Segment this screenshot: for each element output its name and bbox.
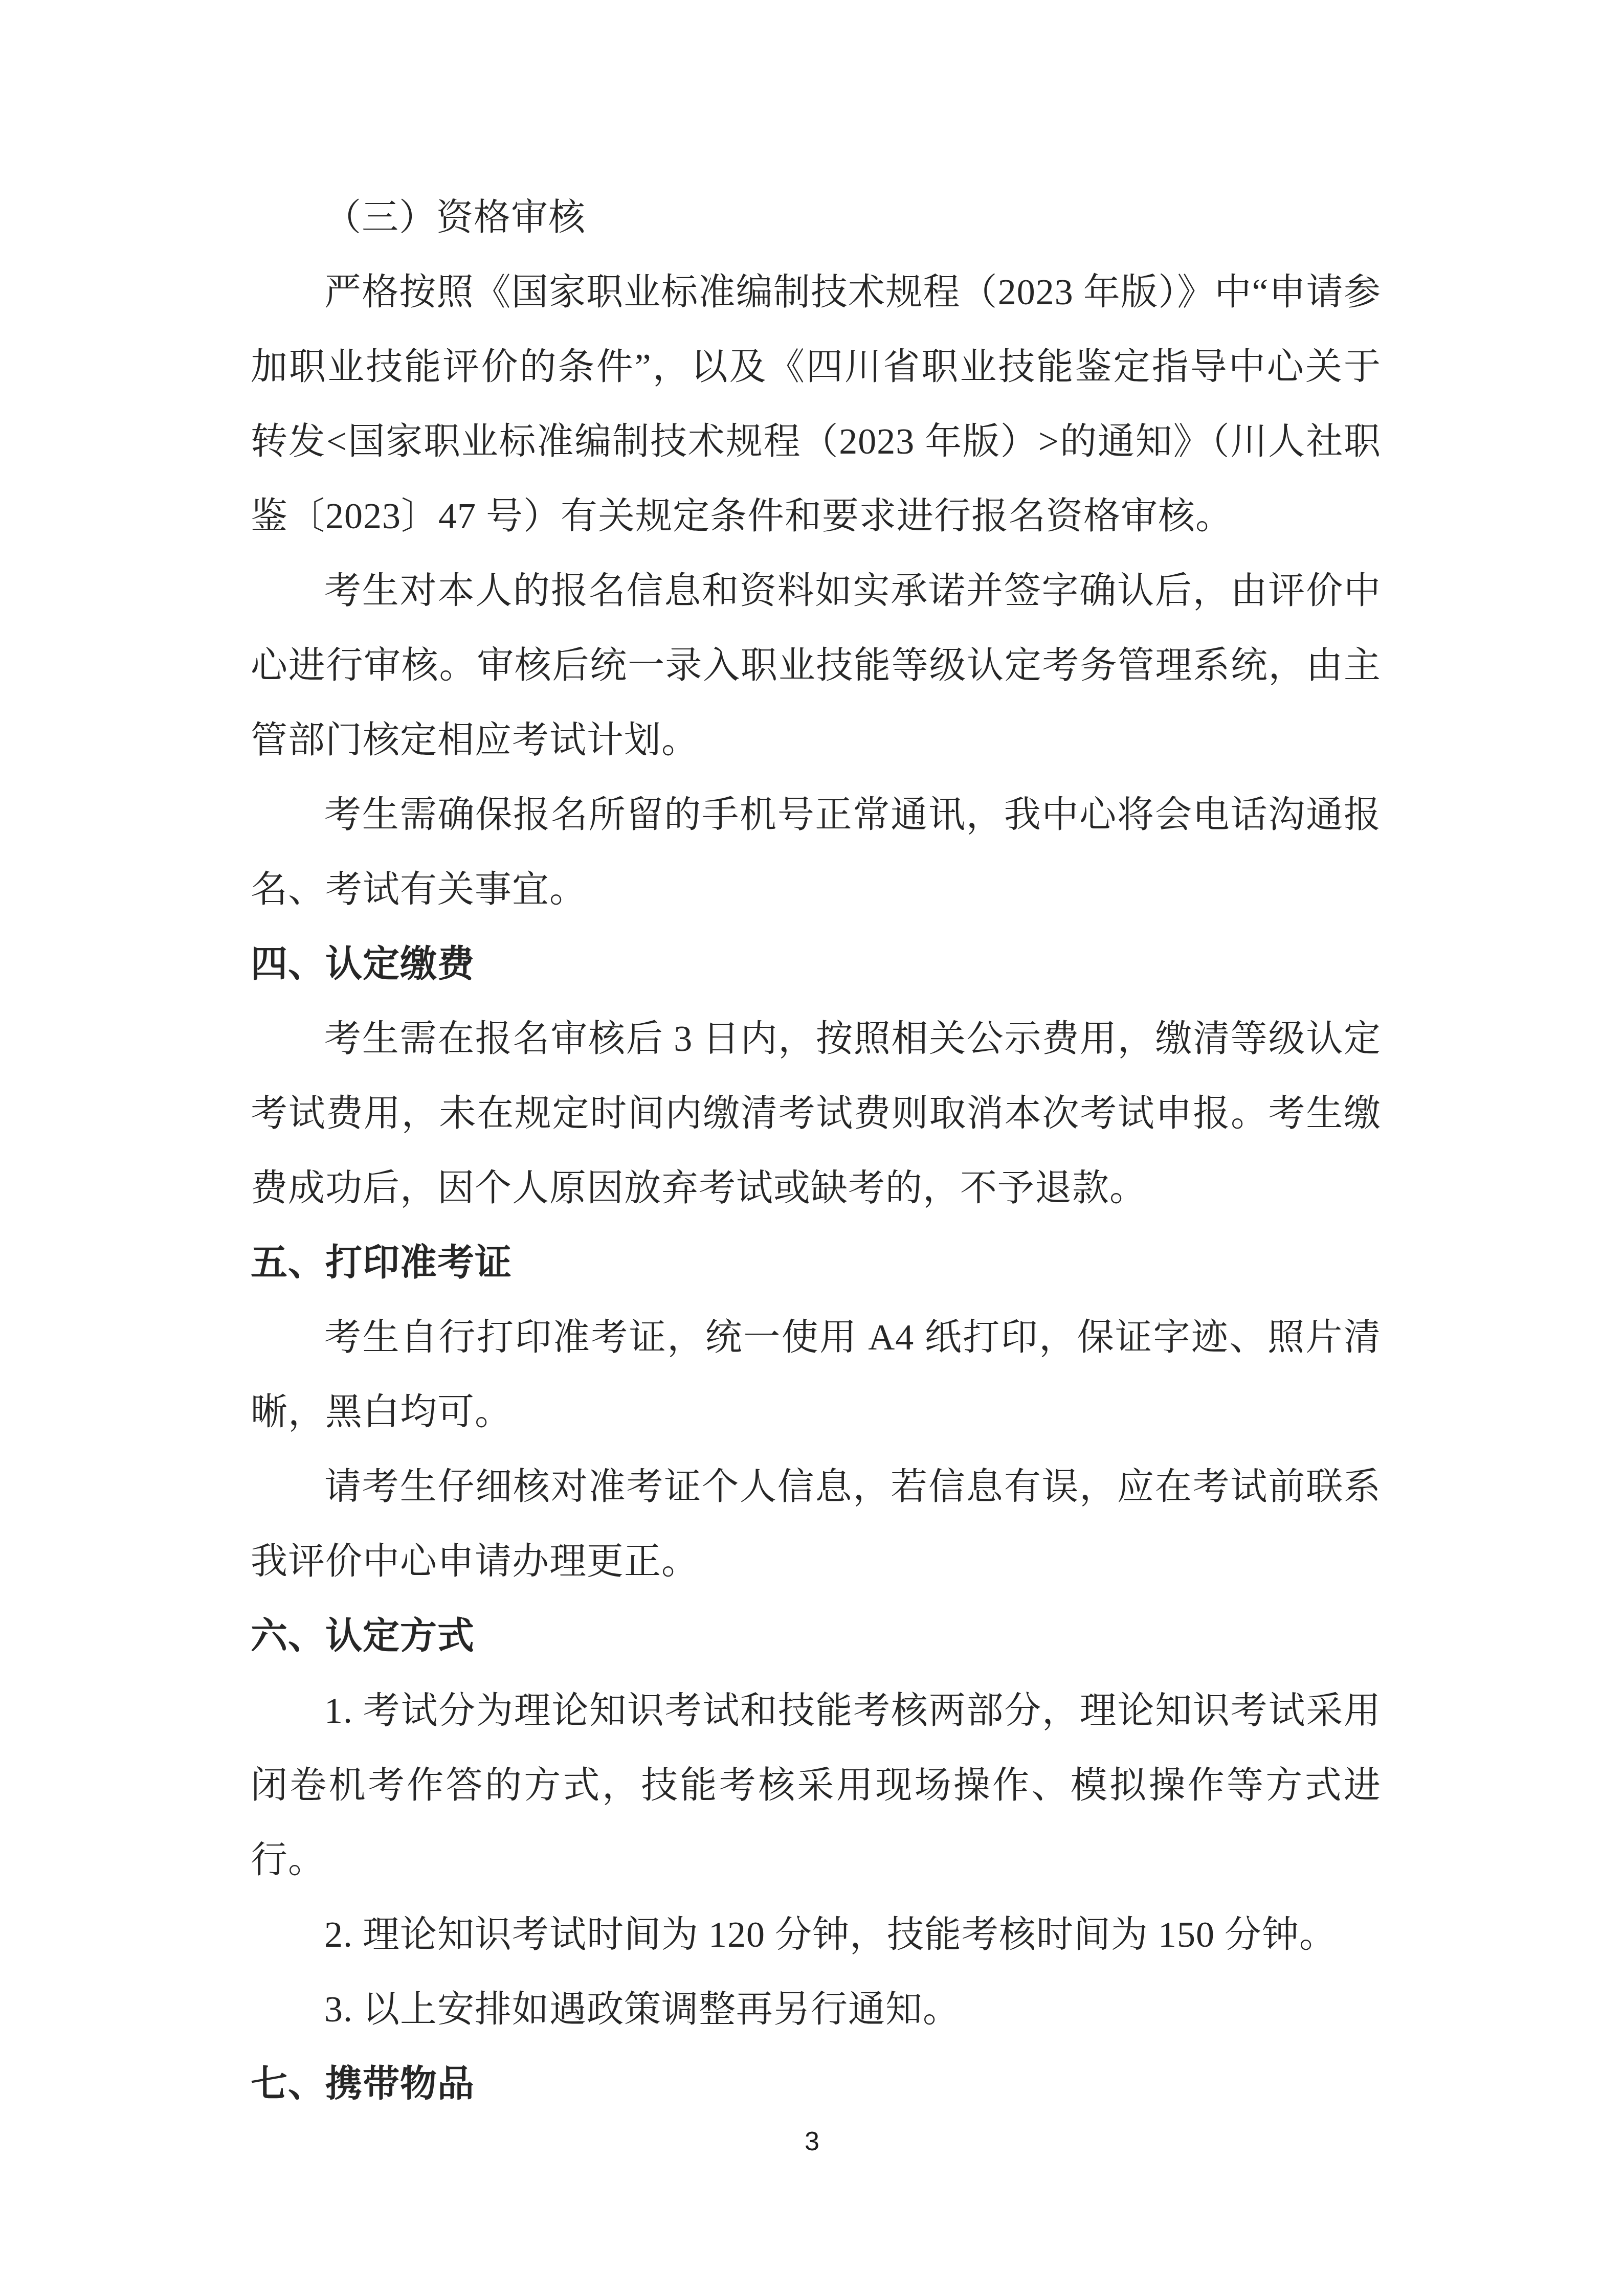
document-body: （三）资格审核 严格按照《国家职业标准编制技术规程（2023 年版）》中“申请参… xyxy=(251,180,1381,2121)
section-subheading-qualification-review: （三）资格审核 xyxy=(251,180,1381,255)
document-page: （三）资格审核 严格按照《国家职业标准编制技术规程（2023 年版）》中“申请参… xyxy=(0,0,1624,2296)
section-heading-assessment-method: 六、认定方式 xyxy=(251,1599,1381,1673)
page-number: 3 xyxy=(805,2127,819,2156)
paragraph-exam-parts: 1. 考试分为理论知识考试和技能考核两部分，理论知识考试采用闭卷机考作答的方式，… xyxy=(251,1673,1381,1897)
section-heading-payment: 四、认定缴费 xyxy=(251,927,1381,1001)
page-footer: 3 xyxy=(0,2126,1624,2157)
paragraph-verify-info: 请考生仔细核对准考证个人信息，若信息有误，应在考试前联系我评价中心申请办理更正。 xyxy=(251,1449,1381,1599)
paragraph-policy-adjustment: 3. 以上安排如遇政策调整再另行通知。 xyxy=(251,1972,1381,2046)
section-heading-print-admission-ticket: 五、打印准考证 xyxy=(251,1225,1381,1300)
paragraph-exam-duration: 2. 理论知识考试时间为 120 分钟，技能考核时间为 150 分钟。 xyxy=(251,1897,1381,1972)
paragraph-review-process: 考生对本人的报名信息和资料如实承诺并签字确认后，由评价中心进行审核。审核后统一录… xyxy=(251,553,1381,777)
section-heading-items-to-bring: 七、携带物品 xyxy=(251,2046,1381,2121)
paragraph-phone-contact: 考生需确保报名所留的手机号正常通讯，我中心将会电话沟通报名、考试有关事宜。 xyxy=(251,777,1381,927)
paragraph-review-standards: 严格按照《国家职业标准编制技术规程（2023 年版）》中“申请参加职业技能评价的… xyxy=(251,255,1381,553)
paragraph-print-instructions: 考生自行打印准考证，统一使用 A4 纸打印，保证字迹、照片清晰，黑白均可。 xyxy=(251,1300,1381,1449)
paragraph-payment-rules: 考生需在报名审核后 3 日内，按照相关公示费用，缴清等级认定考试费用，未在规定时… xyxy=(251,1001,1381,1225)
